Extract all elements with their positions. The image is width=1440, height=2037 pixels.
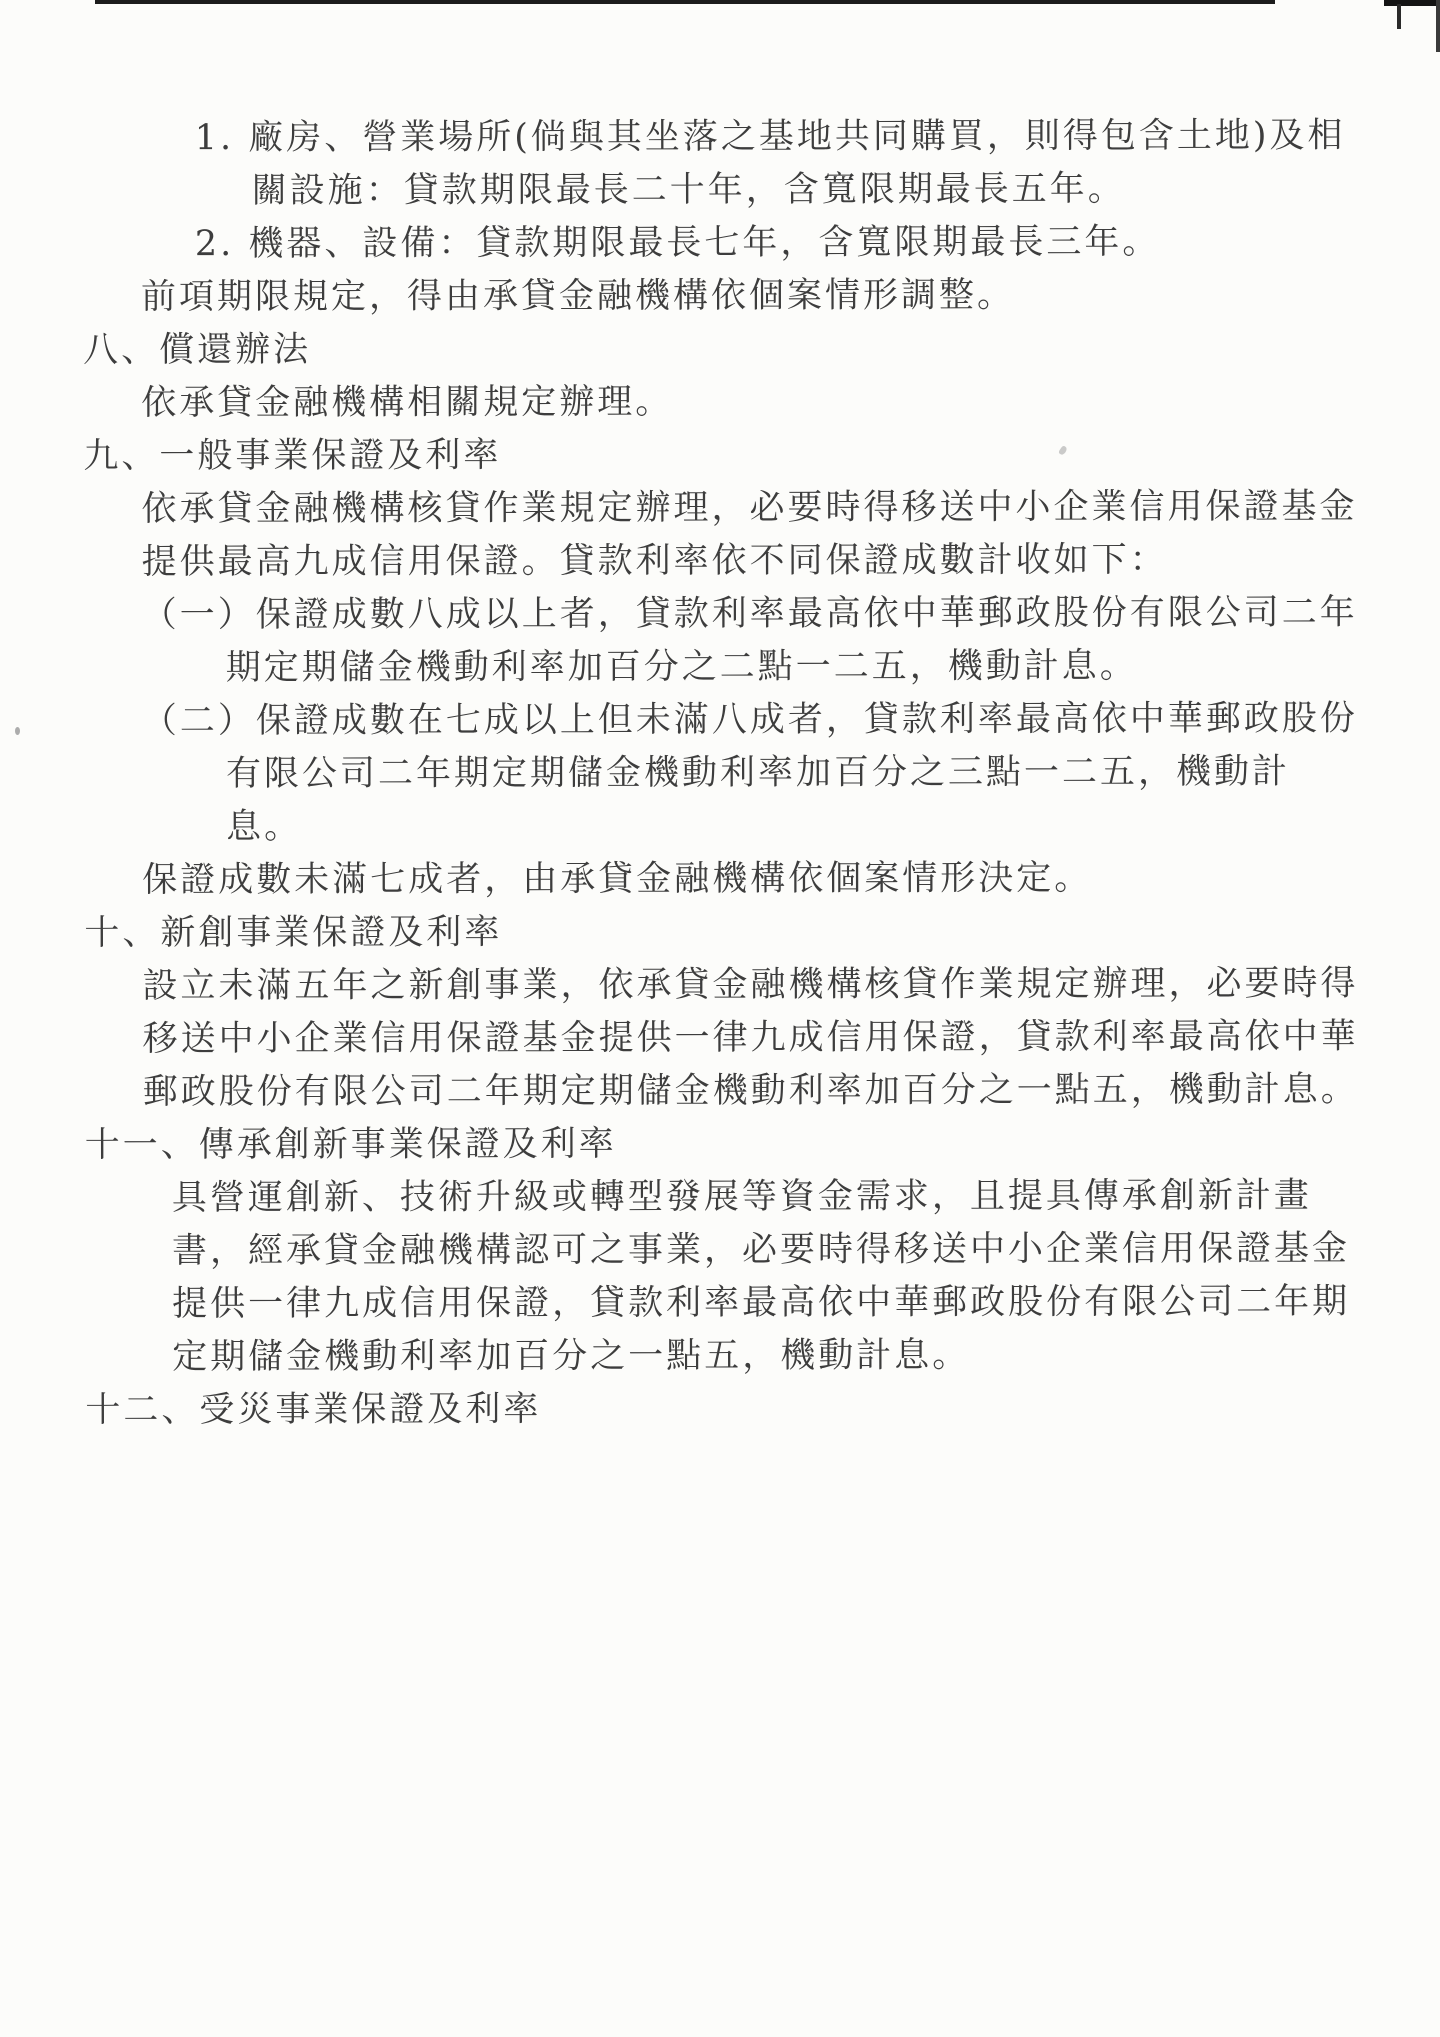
doc-line-19: 郵政股份有限公司二年期定期儲金機動利率加百分之一點五，機動計息。 [1,1063,1440,1119]
doc-line-06: 依承貸金融機構相關規定辦理。 [0,374,1439,430]
doc-line-03: 2. 機器、設備：貸款期限最長七年，含寬限期最長三年。 [0,215,1439,271]
doc-line-09: 提供最高九成信用保證。貸款利率依不同保證成數計收如下： [0,533,1440,589]
scan-artifact-top-edge-line [95,0,1275,4]
doc-line-17: 設立未滿五年之新創事業，依承貸金融機構核貸作業規定辦理，必要時得 [0,957,1440,1013]
doc-line-21: 具營運創新、技術升級或轉型發展等資金需求，且提具傳承創新計畫 [1,1169,1440,1225]
doc-line-13: 有限公司二年期定期儲金機動利率加百分之三點一二五，機動計 [0,745,1440,801]
doc-line-04: 前項期限規定，得由承貸金融機構依個案情形調整。 [0,268,1439,324]
doc-line-23: 提供一律九成信用保證，貸款利率最高依中華郵政股份有限公司二年期 [1,1275,1440,1331]
doc-line-11: 期定期儲金機動利率加百分之二點一二五，機動計息。 [0,639,1440,695]
doc-line-14: 息。 [0,798,1440,854]
doc-line-18: 移送中小企業信用保證基金提供一律九成信用保證，貸款利率最高依中華 [1,1010,1440,1066]
doc-line-24: 定期儲金機動利率加百分之一點五，機動計息。 [1,1328,1440,1384]
doc-line-20: 十一、傳承創新事業保證及利率 [1,1116,1440,1172]
doc-line-08: 依承貸金融機構核貸作業規定辦理，必要時得移送中小企業信用保證基金 [0,480,1439,536]
scanned-document-page: 1. 廠房、營業場所(倘與其坐落之基地共同購買，則得包含土地)及相 關設施：貸款… [0,0,1440,2037]
doc-line-01: 1. 廠房、營業場所(倘與其坐落之基地共同購買，則得包含土地)及相 [0,109,1439,165]
doc-line-05: 八、償還辦法 [0,321,1439,377]
document-text-block: 1. 廠房、營業場所(倘與其坐落之基地共同購買，則得包含土地)及相 關設施：貸款… [0,109,1440,1437]
doc-line-16: 十、新創事業保證及利率 [0,904,1440,960]
doc-line-12: （二）保證成數在七成以上但未滿八成者，貸款利率最高依中華郵政股份 [0,692,1440,748]
doc-line-15: 保證成數未滿七成者，由承貸金融機構依個案情形決定。 [0,851,1440,907]
doc-line-25: 十二、受災事業保證及利率 [1,1381,1440,1437]
doc-line-02: 關設施：貸款期限最長二十年，含寬限期最長五年。 [0,162,1439,218]
doc-line-10: （一）保證成數八成以上者，貸款利率最高依中華郵政股份有限公司二年 [0,586,1440,642]
scan-artifact-right-tick [1397,4,1401,29]
scan-artifact-right-edge [1436,0,1440,52]
doc-line-22: 書，經承貸金融機構認可之事業，必要時得移送中小企業信用保證基金 [1,1222,1440,1278]
doc-line-07: 九、一般事業保證及利率 [0,427,1439,483]
scan-artifact-top-right-smudge [1384,0,1440,6]
